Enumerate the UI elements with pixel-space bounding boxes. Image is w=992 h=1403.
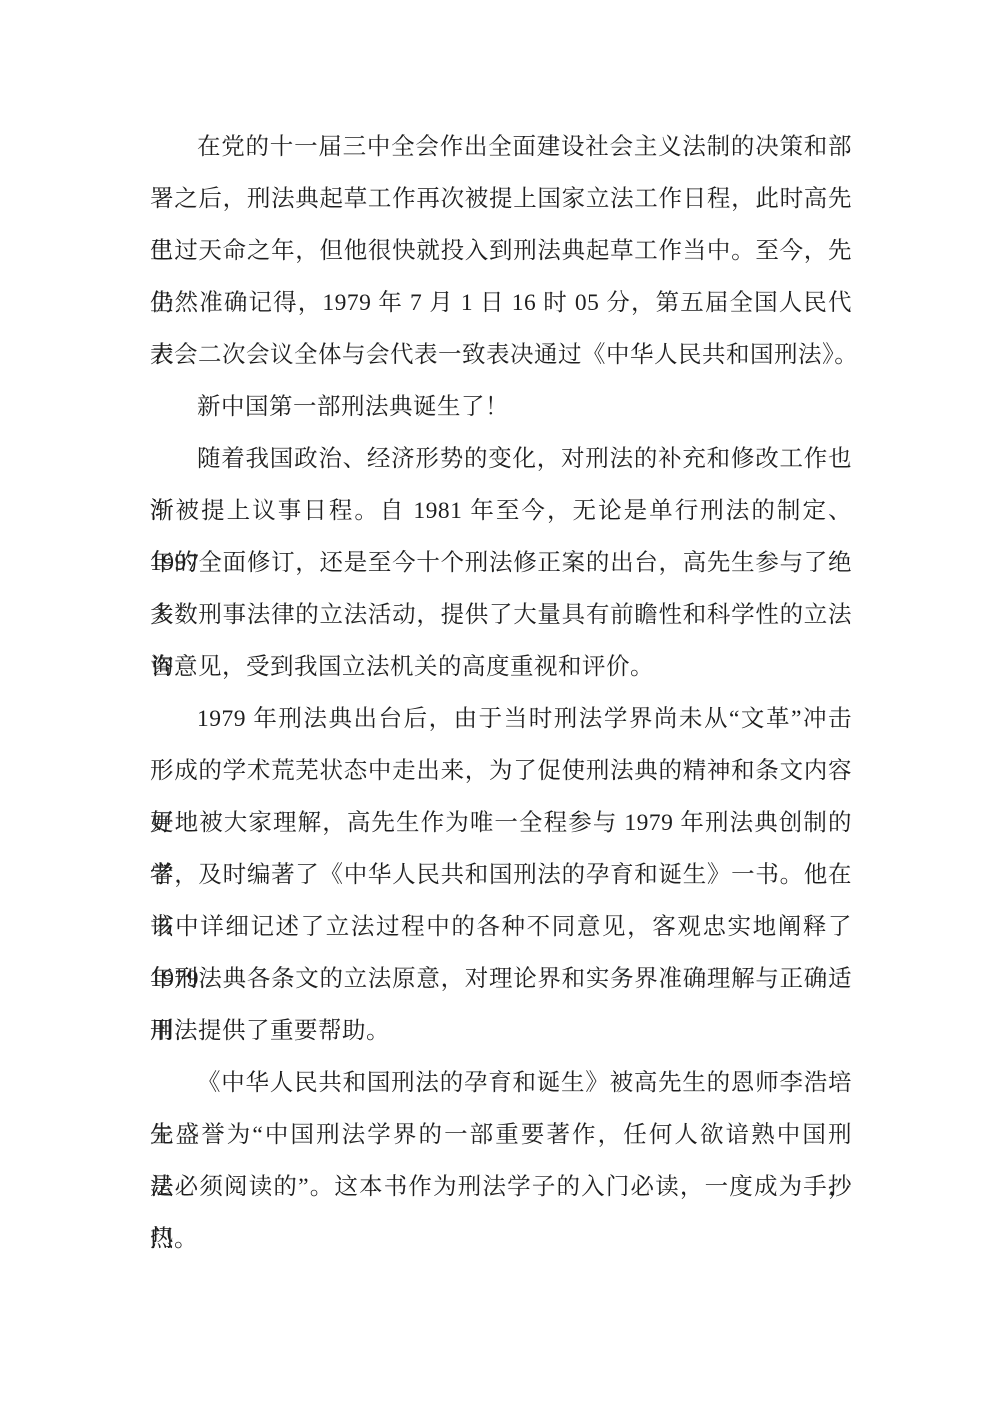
paragraph: 《中华人民共和国刑法的孕育和诞生》被高先生的恩师李浩培先生盛誉为“中国刑法学界的… xyxy=(150,1057,852,1265)
paragraph: 1979 年刑法典出台后，由于当时刑法学界尚未从“文革”冲击形成的学术荒芜状态中… xyxy=(150,693,852,1057)
text-line: 年的全面修订，还是至今十个刑法修正案的出台，高先生参与了绝大 xyxy=(150,537,852,589)
paragraph: 在党的十一届三中全会作出全面建设社会主义法制的决策和部署之后，刑法典起草工作再次… xyxy=(150,121,852,381)
text-line: 好地被大家理解，高先生作为唯一全程参与 1979 年刑法典创制的学 xyxy=(150,797,852,849)
text-line: 渐被提上议事日程。自 1981 年至今，无论是单行刑法的制定、1997 xyxy=(150,485,852,537)
text-line: 《中华人民共和国刑法的孕育和诞生》被高先生的恩师李浩培先 xyxy=(150,1057,852,1109)
text-line: 年刑法典各条文的立法原意，对理论界和实务界准确理解与正确适用 xyxy=(150,953,852,1005)
document-page: 在党的十一届三中全会作出全面建设社会主义法制的决策和部署之后，刑法典起草工作再次… xyxy=(0,0,992,1403)
text-line: 署之后，刑法典起草工作再次被提上国家立法工作日程，此时高先生 xyxy=(150,173,852,225)
text-line: 在党的十一届三中全会作出全面建设社会主义法制的决策和部 xyxy=(150,121,852,173)
text-line: 是必须阅读的”。这本书作为刑法学子的入门必读，一度成为手抄热 xyxy=(150,1161,852,1213)
text-line: 询意见，受到我国立法机关的高度重视和评价。 xyxy=(150,641,852,693)
text-line: 刑法提供了重要帮助。 xyxy=(150,1005,852,1057)
text-line: 书中详细记述了立法过程中的各种不同意见，客观忠实地阐释了 1979 xyxy=(150,901,852,953)
document-body: 在党的十一届三中全会作出全面建设社会主义法制的决策和部署之后，刑法典起草工作再次… xyxy=(150,121,852,1265)
text-line: 已过天命之年，但他很快就投入到刑法典起草工作当中。至今，先生 xyxy=(150,225,852,277)
text-line: 大会二次会议全体与会代表一致表决通过《中华人民共和国刑法》。 xyxy=(150,329,852,381)
text-line: 新中国第一部刑法典诞生了！ xyxy=(150,381,852,433)
paragraph: 新中国第一部刑法典诞生了！ xyxy=(150,381,852,433)
text-line: 生盛誉为“中国刑法学界的一部重要著作，任何人欲谙熟中国刑法， xyxy=(150,1109,852,1161)
text-line: 形成的学术荒芜状态中走出来，为了促使刑法典的精神和条文内容更 xyxy=(150,745,852,797)
text-line: 多数刑事法律的立法活动，提供了大量具有前瞻性和科学性的立法咨 xyxy=(150,589,852,641)
text-line: 1979 年刑法典出台后，由于当时刑法学界尚未从“文革”冲击 xyxy=(150,693,852,745)
text-line: 随着我国政治、经济形势的变化，对刑法的补充和修改工作也渐 xyxy=(150,433,852,485)
text-line: 门。 xyxy=(150,1213,852,1265)
text-line: 者，及时编著了《中华人民共和国刑法的孕育和诞生》一书。他在该 xyxy=(150,849,852,901)
paragraph: 随着我国政治、经济形势的变化，对刑法的补充和修改工作也渐渐被提上议事日程。自 1… xyxy=(150,433,852,693)
text-line: 仍然准确记得，1979 年 7 月 1 日 16 时 05 分，第五届全国人民代… xyxy=(150,277,852,329)
